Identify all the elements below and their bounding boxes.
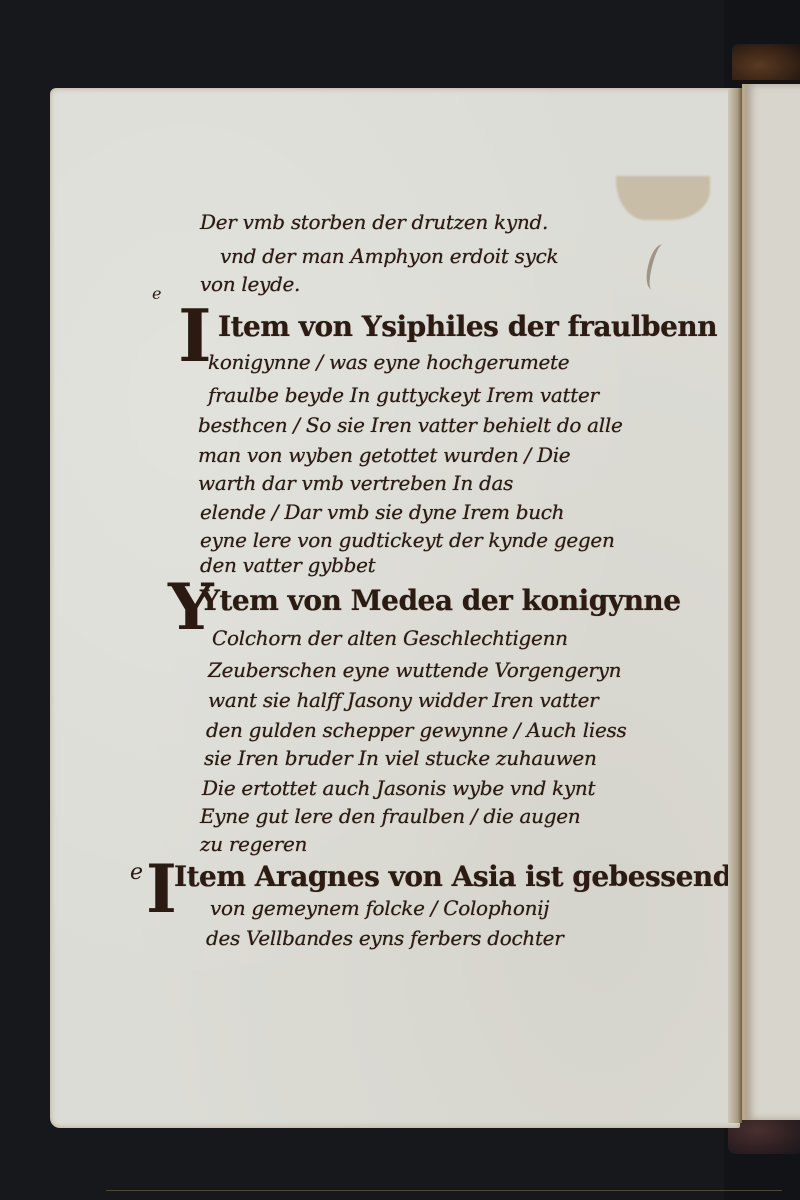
text-line: den vatter gybbet xyxy=(200,553,375,577)
text-line: zu regeren xyxy=(200,832,307,856)
text-line: konigynne / was eyne hochgerumete xyxy=(208,350,569,374)
decorated-initial-I: I xyxy=(178,300,212,372)
section-heading-medea: Ytem von Medea der konigynne xyxy=(200,584,681,617)
text-line: des Vellbandes eyns ferbers dochter xyxy=(206,926,563,950)
text-line: den gulden schepper gewynne / Auch liess xyxy=(206,718,626,742)
book-binding-top xyxy=(732,44,800,80)
text-line: want sie halff Jasony widder Iren vatter xyxy=(208,688,598,712)
text-block: Der vmb storben der drutzen kynd. vnd de… xyxy=(50,88,740,1128)
text-line: fraulbe beyde In guttyckeyt Irem vatter xyxy=(208,383,599,407)
text-line: Eyne gut lere den fraulben / die augen xyxy=(200,804,580,828)
page-crease xyxy=(106,1190,782,1191)
gutter-shadow xyxy=(728,88,742,1123)
text-line: besthcen / So sie Iren vatter behielt do… xyxy=(198,413,623,437)
text-line: elende / Dar vmb sie dyne Irem buch xyxy=(200,500,564,524)
text-line: vnd der man Amphyon erdoit syck xyxy=(220,244,558,268)
manuscript-page: Der vmb storben der drutzen kynd. vnd de… xyxy=(50,88,740,1128)
text-line: Zeuberschen eyne wuttende Vorgengeryn xyxy=(208,658,621,682)
text-line: von leyde. xyxy=(200,272,300,296)
text-line: sie Iren bruder In viel stucke zuhauwen xyxy=(204,746,597,770)
section-heading-ysiphiles: Item von Ysiphiles der fraulbenn xyxy=(218,310,717,343)
section-heading-aragnes: Item Aragnes von Asia ist gebessend xyxy=(174,860,732,893)
text-line: man von wyben getottet wurden / Die xyxy=(198,443,570,467)
facing-page-edge xyxy=(742,84,800,1120)
text-line: eyne lere von gudtickeyt der kynde gegen xyxy=(200,528,615,552)
text-line: Der vmb storben der drutzen kynd. xyxy=(200,210,548,234)
text-line: von gemeynem folcke / Colophonij xyxy=(210,896,549,920)
margin-mark: e xyxy=(130,860,143,885)
text-line: warth dar vmb vertreben In das xyxy=(198,471,513,495)
text-line: Die ertottet auch Jasonis wybe vnd kynt xyxy=(202,776,595,800)
decorated-initial-I: I xyxy=(146,856,177,922)
margin-mark: e xyxy=(152,284,161,303)
text-line: Colchorn der alten Geschlechtigenn xyxy=(212,626,568,650)
